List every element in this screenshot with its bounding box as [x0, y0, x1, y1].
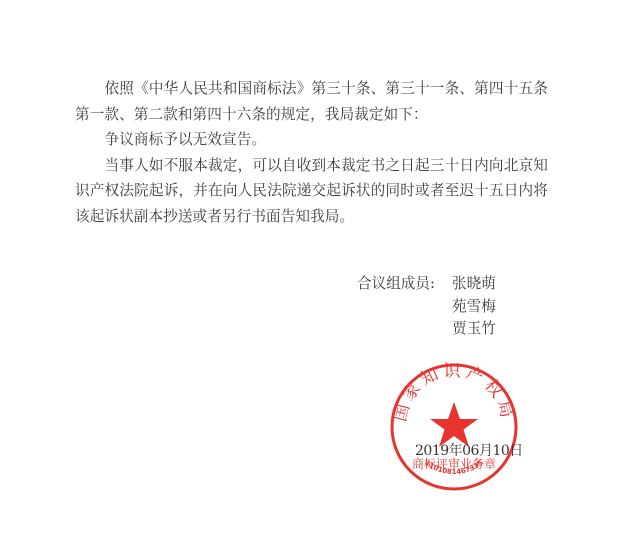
panel-label: 合议组成员: [357, 273, 452, 296]
panel-members: 合议组成员: 张晓萌 苑雪梅 贾玉竹 [357, 273, 496, 341]
paragraph-ruling: 争议商标予以无效宣告。 [75, 127, 548, 153]
paragraph-appeal-notice: 当事人如不服本裁定，可以自收到本裁定书之日起三十日内向北京知识产权法院起诉，并在… [75, 153, 548, 230]
ruling-body: 依照《中华人民共和国商标法》第三十条、第三十一条、第四十五条第一款、第二款和第四… [75, 76, 548, 230]
ruling-date: 2019年06月10日 [415, 440, 523, 460]
paragraph-legal-basis: 依照《中华人民共和国商标法》第三十条、第三十一条、第四十五条第一款、第二款和第四… [75, 76, 548, 127]
panel-member: 张晓萌 [452, 273, 496, 296]
document-page: 依照《中华人民共和国商标法》第三十条、第三十一条、第四十五条第一款、第二款和第四… [0, 0, 622, 554]
panel-member: 苑雪梅 [452, 296, 496, 319]
official-seal-icon: 国家知识产权局 商标评审业务章 1101081467335 [389, 362, 519, 492]
panel-member: 贾玉竹 [452, 318, 496, 341]
